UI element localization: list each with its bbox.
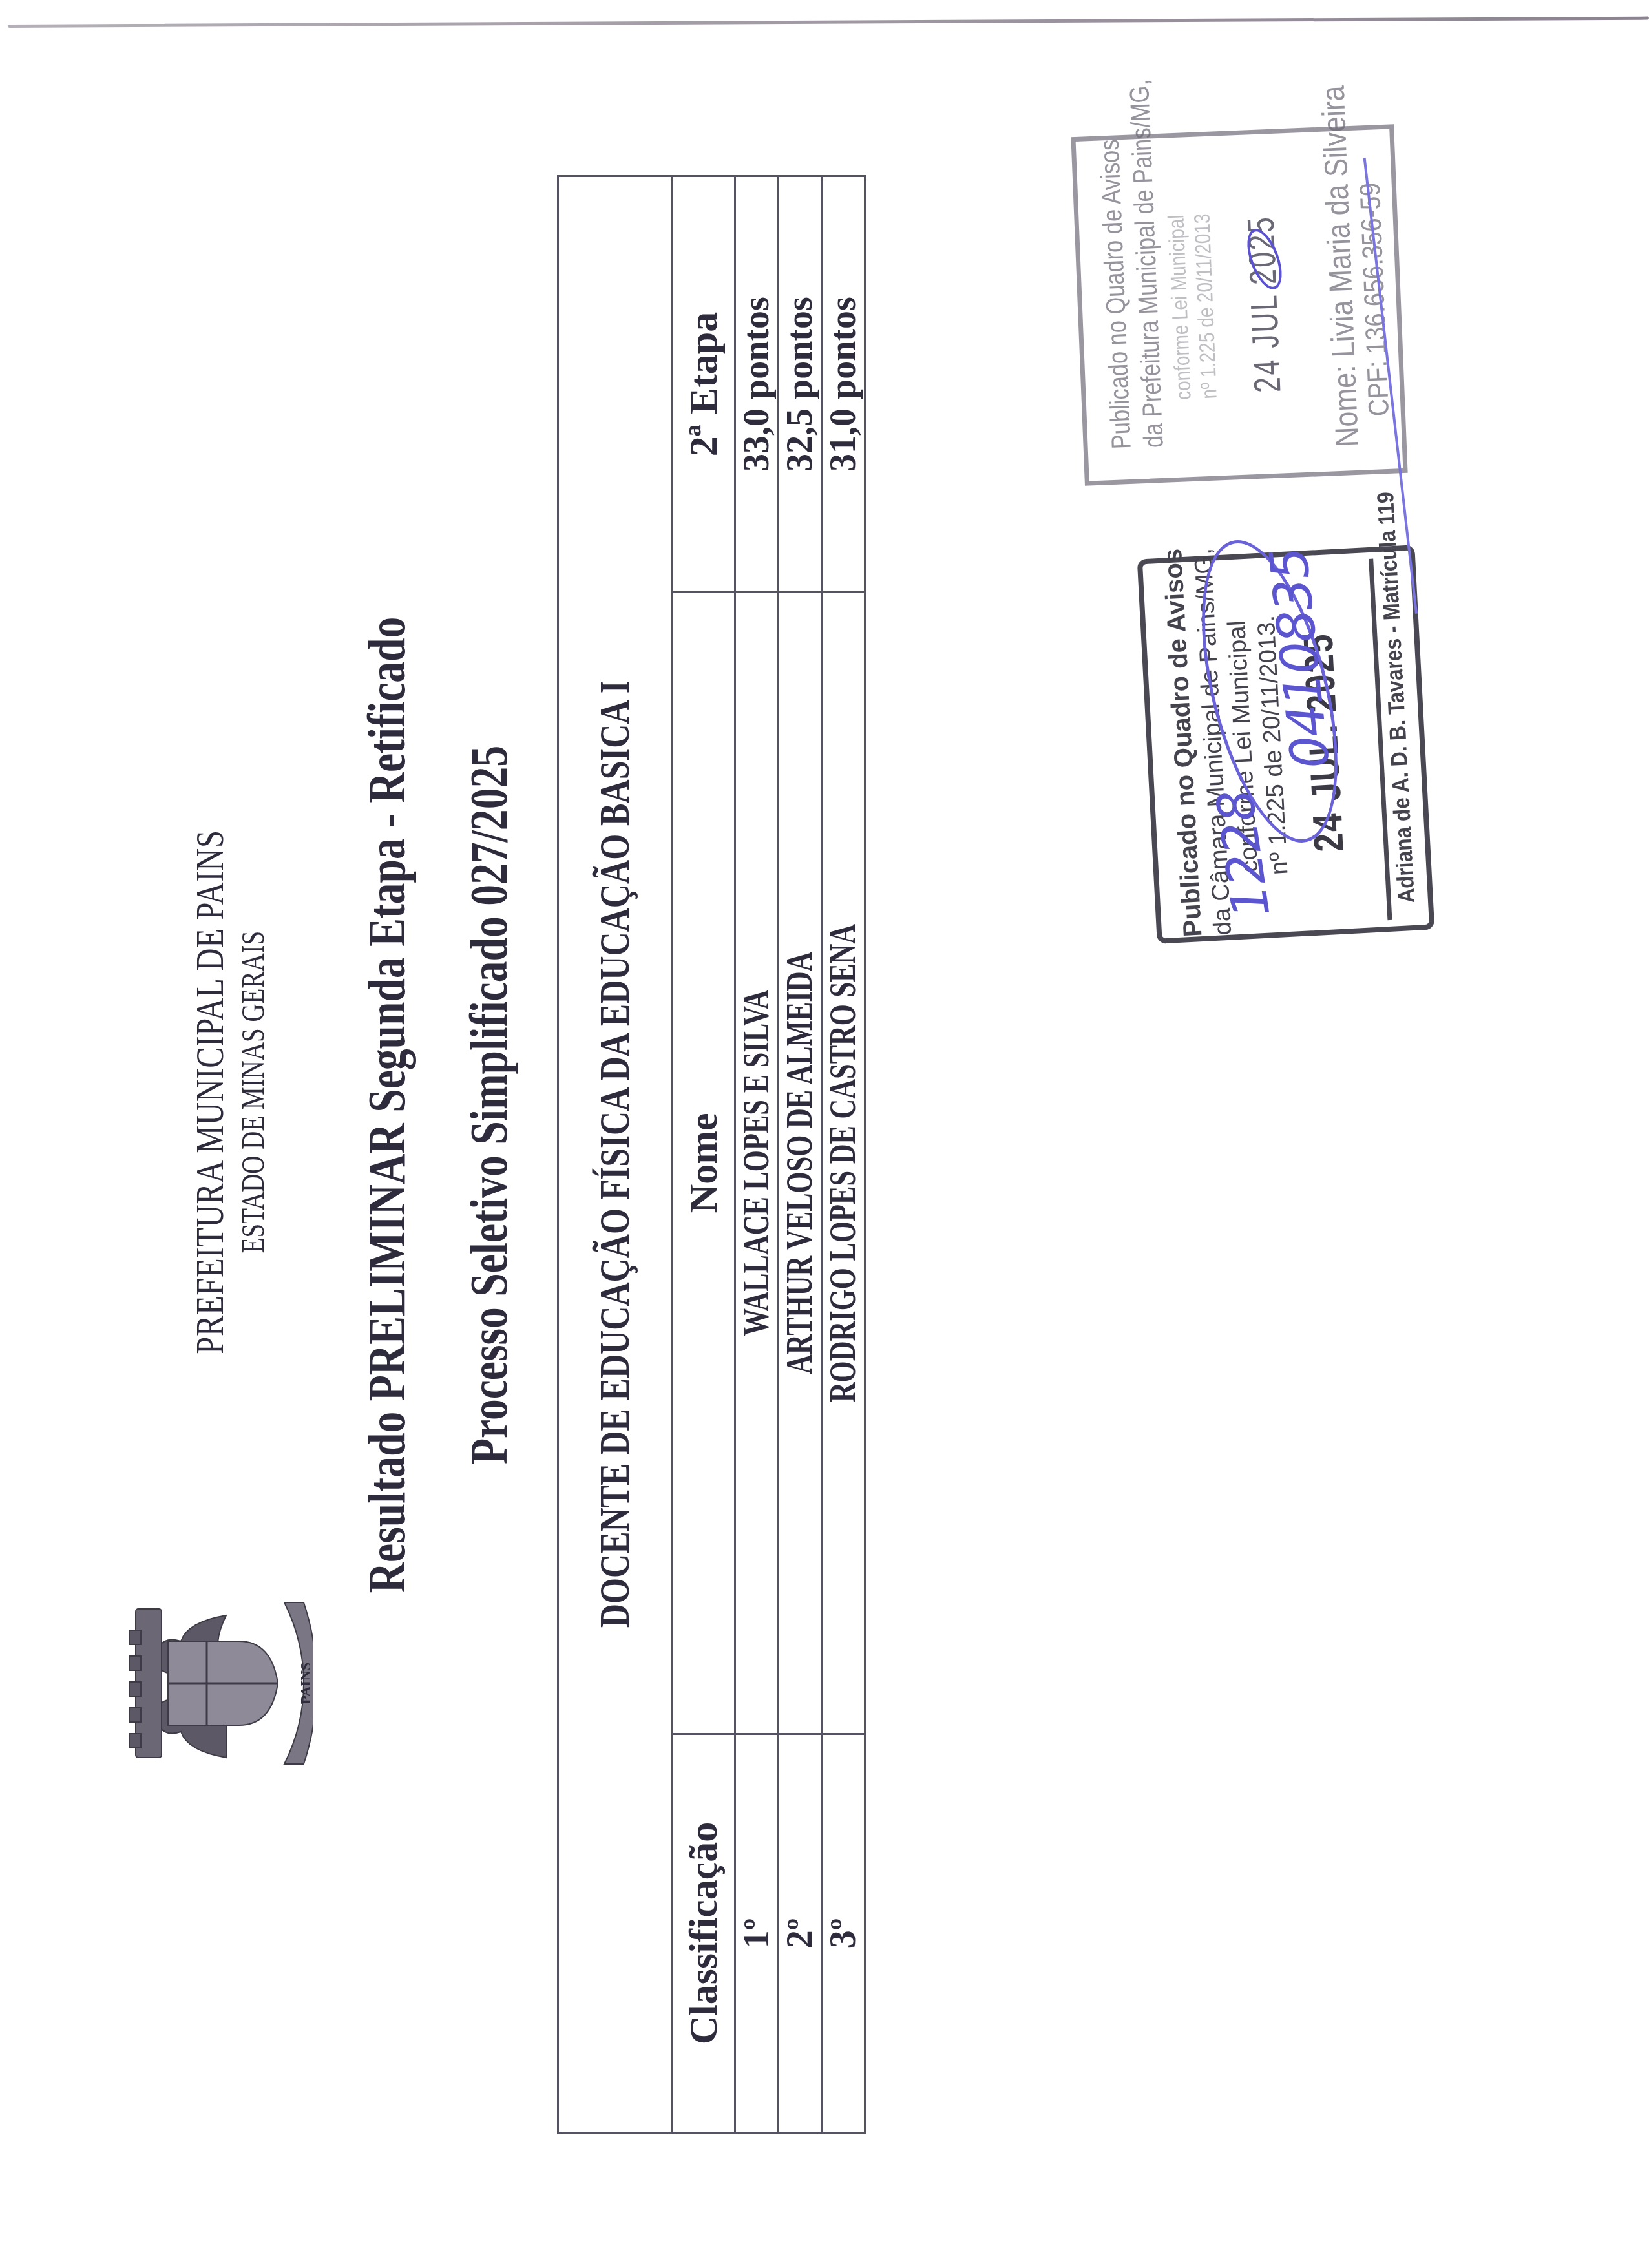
position-title-cell: DOCENTE DE EDUCAÇÃO FÍSICA DA EDUCAÇÃO B… — [558, 176, 673, 2133]
name-cell: ARTHUR VELOSO DE ALMEIDA — [779, 593, 822, 1734]
rank-cell: 3º — [822, 1734, 865, 2133]
column-header-classificacao: Classificação — [673, 1734, 735, 2133]
position-title: DOCENTE DE EDUCAÇÃO FÍSICA DA EDUCAÇÃO B… — [591, 681, 640, 1628]
state-name: ESTADO DE MINAS GERAIS — [234, 678, 271, 1505]
table-row: 1º WALLACE LOPES E SILVA 33,0 pontos — [735, 176, 779, 2133]
rank-cell: 2º — [779, 1734, 822, 2133]
results-table: DOCENTE DE EDUCAÇÃO FÍSICA DA EDUCAÇÃO B… — [557, 175, 866, 2134]
prefeitura-publication-stamp: Publicado no Quadro de Avisos da Prefeit… — [1071, 124, 1407, 486]
document-page: PAINS PREFEITURA MUNICIPAL DE PAINS ESTA… — [0, 0, 1649, 2268]
rank-cell: 1º — [735, 1734, 779, 2133]
coat-of-arms-icon: PAINS — [129, 1596, 313, 1770]
column-header-etapa: 2ª Etapa — [673, 176, 735, 593]
document-subtitle: Processo Seletivo Simplificado 027/2025 — [459, 536, 520, 1674]
column-header-nome: Nome — [673, 593, 735, 1734]
table-row: 2º ARTHUR VELOSO DE ALMEIDA 32,5 pontos — [779, 176, 822, 2133]
score-cell: 33,0 pontos — [735, 176, 779, 593]
score-cell: 31,0 pontos — [822, 176, 865, 593]
name-cell: RODRIGO LOPES DE CASTRO SENA — [822, 593, 865, 1734]
name-cell: WALLACE LOPES E SILVA — [735, 593, 779, 1734]
organization-name: PREFEITURA MUNICIPAL DE PAINS — [187, 678, 233, 1505]
document-title: Resultado PRELIMINAR Segunda Etapa - Ret… — [357, 536, 417, 1674]
stamp-date: 24 JUL 2025 — [1237, 178, 1291, 431]
coat-of-arms-label: PAINS — [297, 1663, 313, 1704]
table-row: 3º RODRIGO LOPES DE CASTRO SENA 31,0 pon… — [822, 176, 865, 2133]
score-cell: 32,5 pontos — [779, 176, 822, 593]
